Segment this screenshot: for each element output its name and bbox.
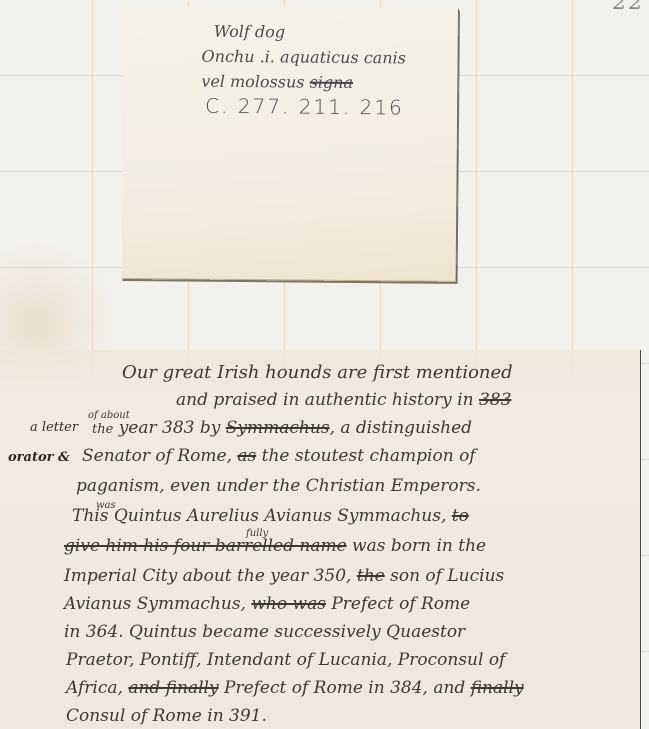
hw-line-9-avianus: Avianus Symmachus, [64,594,246,614]
hw-line-13: Consul of Rome in 391. [66,706,267,726]
hw-line-2-text: and praised in authentic history in [176,390,474,410]
hw-line-4: Senator of Rome, as the stoutest champio… [82,446,476,466]
slip-line-onchu: Onchu .i. aquaticus canis [201,44,406,71]
hw-line-8: Imperial City about the year 350, the so… [64,566,504,586]
hw-line-3: the year 383 by Symmachus, a distinguish… [92,418,472,438]
manuscript-page: 22 Wolf dog Onchu .i. aquaticus canis ve… [0,0,649,729]
hw-line-6: This Quintus Aurelius Avianus Symmachus,… [72,506,469,526]
hw-line-4-champion: the stoutest champion of [262,446,476,466]
insertion-the: the [92,422,113,437]
upper-paper-slip: Wolf dog Onchu .i. aquaticus canis vel m… [122,6,459,282]
hw-line-3-distinguished: , a distinguished [330,418,473,438]
hw-line-11: Praetor, Pontiff, Intendant of Lucania, … [66,650,505,670]
insertion-orator: orator & [8,450,70,465]
struck-symmachus: Symmachus [226,418,330,438]
insertion-a-letter: a letter [30,420,78,435]
hw-line-10: in 364. Quintus became successively Quae… [64,622,465,642]
hw-line-12: Africa, and finally Prefect of Rome in 3… [66,678,524,698]
slip-reference-number: C. 277. 211. 216 [205,94,406,121]
hw-line-5: paganism, even under the Christian Emper… [76,476,481,496]
hw-line-12-africa: Africa, [66,678,123,698]
slip-line-molossus: vel molossus signa [201,69,406,96]
struck-to: to [452,506,469,526]
struck-finally: finally [471,678,524,698]
hw-line-9: Avianus Symmachus, who was Prefect of Ro… [64,594,470,614]
hw-line-7-born: was born in the [352,536,486,556]
lower-paper-slip: Our great Irish hounds are first mention… [0,350,641,729]
struck-barrelled-name: give him his four barrelled name [64,536,347,556]
hw-line-6-this: This [72,506,108,526]
upper-slip-text: Wolf dog Onchu .i. aquaticus canis vel m… [213,19,406,121]
struck-the: the [357,566,385,586]
hw-line-8-city: Imperial City about the year 350, [64,566,351,586]
hw-line-6-name: Quintus Aurelius Avianus Symmachus, [114,506,447,526]
struck-as: as [237,446,256,466]
struck-and-finally: and finally [128,678,218,698]
hw-line-1: Our great Irish hounds are first mention… [122,362,513,383]
slip-line-molossus-text: vel molossus [201,72,304,92]
struck-who-was: who was [251,594,326,614]
hw-line-3-year: year 383 by [119,418,221,438]
folio-number: 22 [613,0,645,15]
struck-year: 383 [479,390,511,410]
hw-line-2: and praised in authentic history in 383 [176,390,511,410]
hw-line-7: give him his four barrelled name was bor… [64,536,486,556]
hw-line-12-prefect: Prefect of Rome in 384, and [224,678,465,698]
hw-line-4-senator: Senator of Rome, [82,446,232,466]
hw-line-8-son: son of Lucius [390,566,504,586]
struck-word: signa [310,73,354,92]
hw-line-9-prefect: Prefect of Rome [331,594,470,614]
slip-line-wolf-dog: Wolf dog [214,19,407,46]
